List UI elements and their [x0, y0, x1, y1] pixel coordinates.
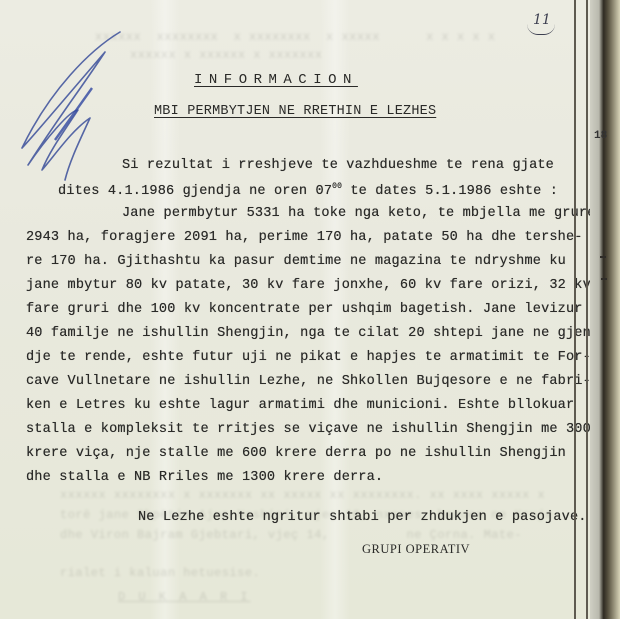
body-line: krere viça, nje stalle me 600 krere derr…: [26, 446, 566, 461]
edge-tick: [601, 278, 607, 280]
body-line: re 170 ha. Gjithashtu ka pasur demtime n…: [26, 254, 566, 269]
intro-line: Si rezultat i rreshjeve te vazhdueshme t…: [122, 158, 554, 173]
bleed-through-text: xxxxxx xxxxxxxx x xxxxxxxx x xxxxx x x x…: [95, 30, 495, 44]
document-subtitle: MBI PERMBYTJEN NE RRETHIN E LEZHES: [154, 104, 436, 119]
body-line: stalla e kompleksit te rritjes se viçave…: [26, 422, 591, 437]
document-page: xxxxxx xxxxxxxx x xxxxxxxx x xxxxx x x x…: [0, 0, 592, 619]
time-superscript: 00: [332, 182, 342, 191]
body-line: 2943 ha, foragjere 2091 ha, perime 170 h…: [26, 230, 583, 245]
intro-line: dites 4.1.1986 gjendja ne oren 0700 te d…: [58, 182, 558, 199]
page-edge-line: [574, 0, 576, 619]
binder-edge: [590, 0, 620, 619]
body-line: fare gruri dhe 100 kv koncentrate per us…: [26, 302, 583, 317]
bleed-through-text: xxxxxx xxxxxxxx x xxxxxxx xx xxxxx xx xx…: [60, 488, 545, 502]
page-number-mark: [527, 24, 555, 35]
body-line: Jane permbytur 5331 ha toke nga keto, te…: [122, 206, 592, 221]
closing-line: Ne Lezhe eshte ngritur shtabi per zhdukj…: [138, 510, 587, 525]
document-title: INFORMACION: [194, 72, 358, 88]
bleed-through-text: xxxxxx x xxxxxx x xxxxxxx: [130, 48, 323, 62]
page-edge-line: [586, 0, 588, 619]
body-line: 40 familje ne ishullin Shengjin, nga te …: [26, 326, 592, 341]
intro-text: dites 4.1.1986 gjendja ne oren 07: [58, 184, 332, 199]
body-line: dhe stalla e NB Rriles me 1300 krere der…: [26, 470, 383, 485]
margin-number: 18: [594, 130, 607, 142]
signature-block: GRUPI OPERATIV: [362, 542, 470, 557]
bleed-through-text: dhe Viron Bajram Gjebtari, vjeç 14, ne Ç…: [60, 528, 522, 542]
body-line: ken e Letres ku eshte lagur armatimi dhe…: [26, 398, 574, 413]
intro-text: te dates 5.1.1986 eshte :: [342, 184, 558, 199]
edge-tick: [600, 256, 606, 258]
bleed-through-heading: D U K A A R I: [118, 590, 251, 604]
body-line: jane mbytur 80 kv patate, 30 kv fare jon…: [26, 278, 591, 293]
handwritten-signature-icon: [10, 30, 130, 190]
body-line: cave Vullnetare ne ishullin Lezhe, ne Sh…: [26, 374, 591, 389]
bleed-through-text: rialet i kaluan hetuesise.: [60, 566, 260, 580]
body-line: dje te rende, eshte futur uji ne pikat e…: [26, 350, 591, 365]
